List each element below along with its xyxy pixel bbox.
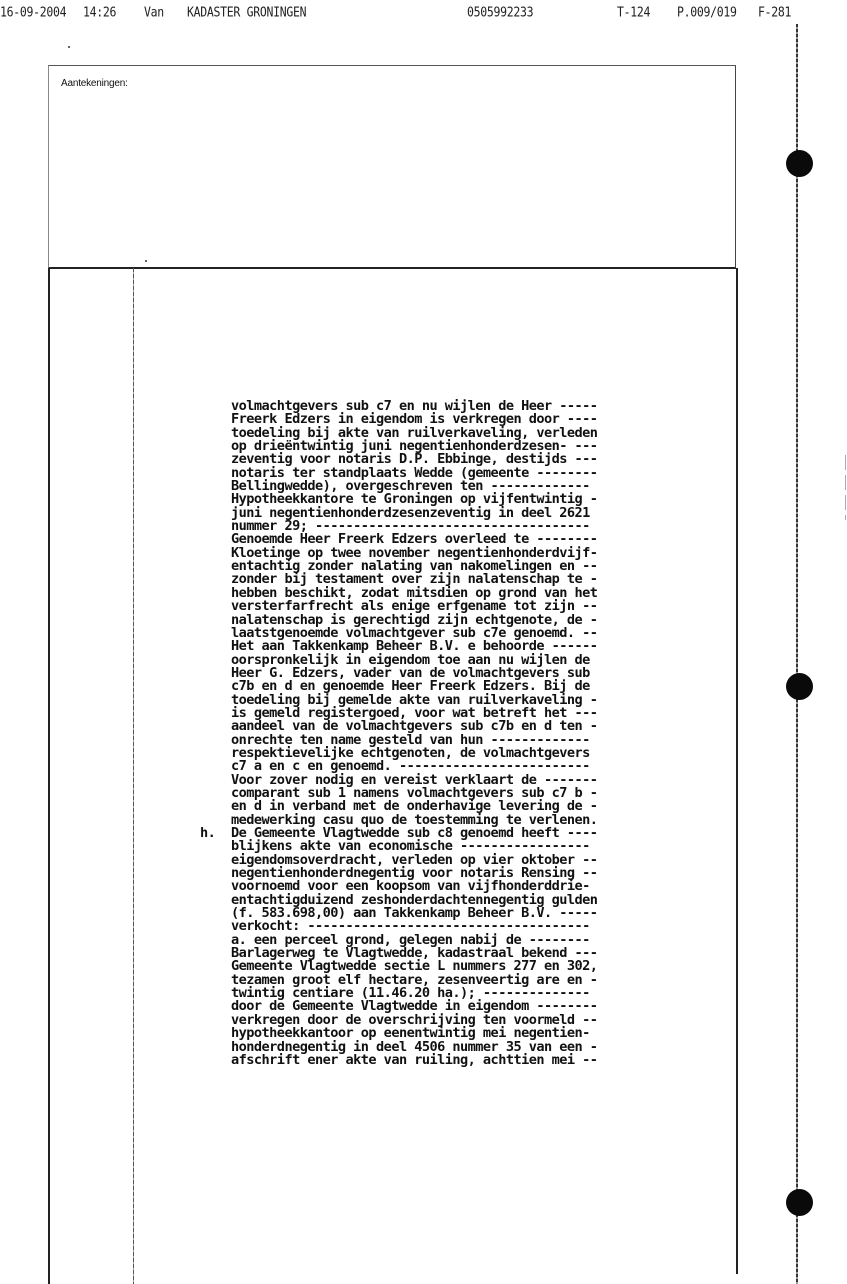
fax-sender: KADASTER GRONINGEN: [187, 4, 306, 20]
fax-date: 16-09-2004: [0, 4, 66, 20]
deed-body-text: volmachtgevers sub c7 en nu wijlen de He…: [231, 400, 711, 1067]
deed-line: afschrift ener akte van ruiling, achttie…: [231, 1054, 711, 1067]
form-margin-column-divider: [133, 268, 134, 1284]
notes-box: Aantekeningen:: [48, 65, 736, 269]
notes-label: Aantekeningen:: [61, 78, 128, 89]
scan-edge-marks: [845, 455, 846, 520]
form-frame-right-border: [736, 268, 738, 1274]
punch-hole-icon: [786, 673, 813, 700]
fax-transmission-id: T-124: [617, 4, 650, 20]
scan-speck: [68, 46, 70, 48]
fax-page-number: P.009/019: [677, 4, 737, 20]
fax-header: 16-09-2004 14:26 Van KADASTER GRONINGEN …: [0, 4, 847, 25]
binder-edge-line: [796, 24, 798, 1284]
item-marker-h: h.: [200, 827, 215, 840]
fax-from-label: Van: [144, 4, 164, 20]
punch-hole-icon: [786, 150, 813, 177]
form-frame-left-border: [48, 268, 50, 1284]
fax-phone: 0505992233: [467, 4, 533, 20]
fax-time: 14:26: [83, 4, 116, 20]
punch-hole-icon: [786, 1189, 813, 1216]
fax-file-code: F-281: [758, 4, 791, 20]
